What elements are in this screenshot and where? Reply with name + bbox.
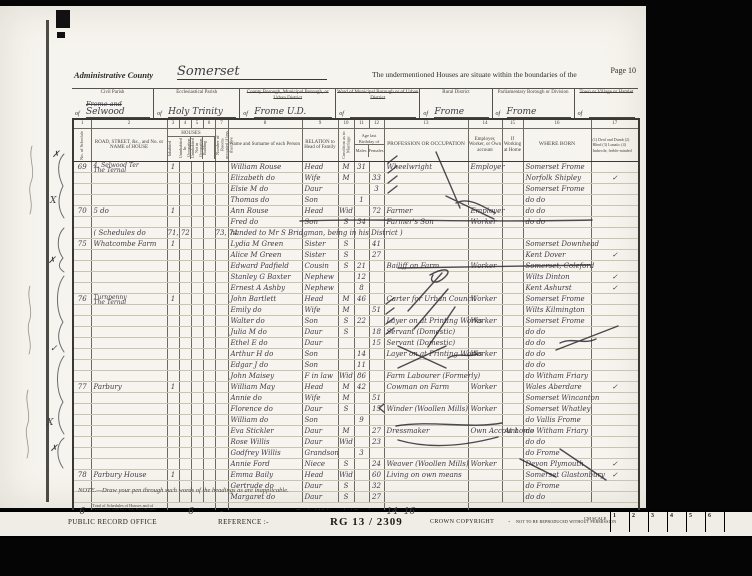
cell-value-am: 42 — [355, 382, 369, 392]
cell-bl — [203, 360, 215, 371]
of-label: of — [496, 111, 501, 117]
cell-a — [91, 338, 167, 349]
cell-u2 — [191, 349, 203, 360]
cell-u2 — [191, 239, 203, 250]
cell-value-a: Parbury House — [94, 470, 147, 480]
cell-am: 86 — [354, 371, 369, 382]
cell-inf — [591, 162, 639, 173]
cell-rel: Head — [302, 470, 338, 481]
cell-value-af: 27 — [370, 426, 384, 436]
cell-bl — [203, 437, 215, 448]
table-row: Edgar J doSon11do do — [73, 360, 639, 371]
cell-rel: Nephew — [302, 283, 338, 294]
cell-a — [91, 360, 167, 371]
town-village-label: Town or Village or Hamlet — [575, 89, 638, 96]
ruler-tick: 4 — [667, 512, 686, 532]
cell-value-occ: Bailiff on Farm — [387, 261, 440, 271]
cell-s — [73, 393, 91, 404]
cell-af: 3 — [369, 184, 384, 195]
cell-af — [369, 217, 384, 228]
cell-wh — [502, 173, 523, 184]
cell-value-h: 1 — [168, 382, 179, 392]
parish-boxes: Civil Parish of Frome andSelwood Ecclesi… — [72, 88, 638, 119]
cell-wh — [502, 470, 523, 481]
cell-b: do do — [523, 327, 591, 338]
cell-af — [369, 283, 384, 294]
cell-h — [167, 250, 179, 261]
cell-value-occ: Winder (Woollen Mills) — [387, 404, 468, 414]
cell-value-n: Elsie M do — [231, 184, 269, 194]
cell-inf — [591, 492, 639, 503]
cell-am: 12 — [354, 272, 369, 283]
cell-bl — [203, 283, 215, 294]
cell-value-h: 71, 72 — [168, 228, 179, 238]
cell-b: do Frome — [523, 448, 591, 459]
cell-rel: Daur — [302, 426, 338, 437]
cell-inf — [591, 360, 639, 371]
cell-b: Somerset Frome — [523, 162, 591, 173]
cell-r: 73, 74 — [215, 228, 228, 239]
cell-emp: Own Account — [468, 426, 502, 437]
cell-wh — [502, 393, 523, 404]
cell-u2 — [191, 206, 203, 217]
cell-af — [369, 261, 384, 272]
cell-a — [91, 404, 167, 415]
cell-value-inf: ✓ — [592, 470, 639, 480]
of-label: of — [157, 111, 162, 117]
cell-af: 51 — [369, 305, 384, 316]
cell-value-c: Wid — [339, 371, 354, 381]
cell-emp — [468, 195, 502, 206]
cell-wh — [502, 250, 523, 261]
cell-occ: Winder (Woollen Mills) — [384, 404, 468, 415]
cell-value-emp: Employer — [471, 206, 505, 216]
cell-n: Godfrey Willis — [228, 448, 302, 459]
cell-value-c: M — [339, 305, 354, 315]
cell-b: Somerset Frome — [523, 316, 591, 327]
cell-bl — [203, 206, 215, 217]
cell-emp — [468, 228, 502, 239]
cell-af: 60 — [369, 470, 384, 481]
cell-c — [338, 349, 354, 360]
cell-value-af: 51 — [370, 305, 384, 315]
cell-u2 — [191, 415, 203, 426]
cell-value-b: Kent Dover — [526, 250, 566, 260]
cell-value-rel: Daur — [305, 338, 323, 348]
cell-b: Somerset Frome — [523, 184, 591, 195]
cell-n: Stanley G Baxter — [228, 272, 302, 283]
cell-s — [73, 415, 91, 426]
cell-rel: Sister — [302, 250, 338, 261]
cell-b: Wilts Kilmington — [523, 305, 591, 316]
cell-value-n: John Maisey — [231, 371, 275, 381]
cell-value-rel: Daur — [305, 184, 323, 194]
cell-rel: Sister — [302, 239, 338, 250]
cell-occ: Layer on at Printing Works — [384, 316, 468, 327]
cell-value-am: 86 — [355, 371, 369, 381]
cell-value-rel: Wife — [305, 173, 321, 183]
cell-c: Wid — [338, 206, 354, 217]
cell-h: 1 — [167, 239, 179, 250]
cell-value-emp: Worker — [471, 382, 497, 392]
of-label: of — [339, 111, 344, 117]
cell-u1 — [179, 316, 191, 327]
col-employer-label: Employer, Worker, or Own account — [468, 129, 502, 162]
cell-rel: Son — [302, 195, 338, 206]
cell-h — [167, 393, 179, 404]
cell-value-emp: Worker — [471, 217, 497, 227]
cell-value-n: Emily do — [231, 305, 262, 315]
cell-emp — [468, 305, 502, 316]
cell-s — [73, 283, 91, 294]
margin-scribble — [30, 146, 33, 214]
cell-inf — [591, 437, 639, 448]
cell-emp — [468, 327, 502, 338]
cell-inf — [591, 371, 639, 382]
col-num: 15 — [502, 119, 523, 129]
col-working-home-label: If Working at Home — [502, 129, 523, 162]
cell-r — [215, 272, 228, 283]
cell-value-inf: ✓ — [592, 382, 639, 392]
cell-occ — [384, 173, 468, 184]
age-sub-labels: Males Females — [355, 144, 384, 157]
rural-district-box: Rural District of Frome — [419, 89, 491, 119]
cell-occ — [384, 305, 468, 316]
cell-value-b: Somerset Frome — [526, 294, 585, 304]
cell-u1 — [179, 261, 191, 272]
cell-value-s: 78 — [74, 470, 91, 480]
col-uninhabited-occ-label: Uninhabited In Occupation — [179, 137, 191, 159]
cell-s: 69 — [73, 162, 91, 173]
cell-n: Thomas do — [228, 195, 302, 206]
cell-value-n: William Rouse — [231, 162, 282, 172]
table-row: Ethel E doDaur15Servant (Domestic)do do — [73, 338, 639, 349]
ward-label: Ward of Municipal Borough or of Urban Di… — [336, 89, 419, 101]
cell-occ: Cowman on Farm — [384, 382, 468, 393]
col-num: 9 — [302, 119, 338, 129]
cell-b: do do — [523, 437, 591, 448]
cell-wh — [502, 228, 523, 239]
cell-inf — [591, 305, 639, 316]
cell-c: M — [338, 305, 354, 316]
col-males-label: Males — [355, 145, 368, 157]
cell-s — [73, 327, 91, 338]
cell-rel: Daur — [302, 327, 338, 338]
col-num: 14 — [468, 119, 502, 129]
margin-brace — [59, 154, 64, 218]
margin-brace — [58, 356, 65, 434]
cell-r — [215, 250, 228, 261]
cell-a: Parbury — [91, 382, 167, 393]
cell-rel: Cousin — [302, 261, 338, 272]
cell-emp — [468, 338, 502, 349]
cell-value-occ: Farm Labourer (Formerly) — [387, 371, 481, 381]
cell-bl — [203, 426, 215, 437]
cell-wh — [502, 261, 523, 272]
cell-b: Devon Plymouth — [523, 459, 591, 470]
cell-value-b: do Witham Friary — [526, 371, 589, 381]
margin-mark: X — [47, 418, 53, 428]
cell-value-am: 34 — [355, 217, 369, 227]
cell-a — [91, 437, 167, 448]
cell-value-am: 46 — [355, 294, 369, 304]
cell-bl — [203, 459, 215, 470]
cell-a — [91, 217, 167, 228]
cell-b: Wales Aberdare — [523, 382, 591, 393]
cell-h: 1 — [167, 294, 179, 305]
document-scan: Administrative County Somerset The under… — [0, 6, 646, 508]
cell-am — [354, 239, 369, 250]
cell-b: Kent Dover — [523, 250, 591, 261]
cell-am — [354, 305, 369, 316]
cell-n: Rose Willis — [228, 437, 302, 448]
cell-occ: Farmer — [384, 206, 468, 217]
cell-value-inf: ✓ — [592, 272, 639, 282]
col-where-born-label: WHERE BORN — [523, 129, 591, 162]
col-num: 12 — [369, 119, 384, 129]
cell-value-c: Wid — [339, 437, 354, 447]
cell-u1 — [179, 195, 191, 206]
cell-c: Wid — [338, 371, 354, 382]
cell-h: 1 — [167, 206, 179, 217]
cell-h — [167, 448, 179, 459]
cell-u1 — [179, 393, 191, 404]
cell-am: 1 — [354, 195, 369, 206]
cell-value-a: Whatcombe Farm — [94, 239, 157, 249]
cell-af — [369, 294, 384, 305]
cell-b: Somerset Frome — [523, 294, 591, 305]
cell-h — [167, 426, 179, 437]
cell-value-b: do Witham Friary — [526, 426, 589, 436]
cell-value-n: Rose Willis — [231, 437, 270, 447]
totals-houses: 6 — [168, 503, 215, 521]
col-females-label: Females — [368, 145, 384, 157]
cell-inf: ✓ — [591, 173, 639, 184]
cell-am — [354, 492, 369, 503]
cell-value-n: Gertrude do — [231, 481, 274, 491]
cell-value-b: Wilts Kilmington — [526, 305, 585, 315]
cell-b: Kent Ashurst — [523, 283, 591, 294]
cell-value-rel: Son — [305, 360, 319, 370]
cell-value-b: Somerset Whatley — [526, 404, 591, 414]
cell-value-rel: Son — [305, 349, 319, 359]
cell-n: Florence do — [228, 404, 302, 415]
cell-occ — [384, 195, 468, 206]
cell-wh — [502, 239, 523, 250]
cell-u2 — [191, 316, 203, 327]
cell-b: Somerset Downhead — [523, 239, 591, 250]
cell-inf — [591, 349, 639, 360]
cell-inf — [591, 228, 639, 239]
cell-s — [73, 316, 91, 327]
cell-am — [354, 393, 369, 404]
cell-emp — [468, 448, 502, 459]
cell-n: Lydia M Green — [228, 239, 302, 250]
cell-rel: Grandson — [302, 448, 338, 459]
rural-district-value: Frome — [434, 107, 488, 118]
cell-bl — [203, 261, 215, 272]
cell-wh — [502, 217, 523, 228]
cell-u2 — [191, 338, 203, 349]
cell-value-af: 72 — [370, 206, 384, 216]
cell-s — [73, 338, 91, 349]
cell-wh — [502, 206, 523, 217]
rural-district-label: Rural District — [420, 89, 491, 96]
cell-value-rel: Sister — [305, 239, 326, 249]
cell-wh — [502, 360, 523, 371]
cell-c — [338, 272, 354, 283]
cell-r — [215, 283, 228, 294]
cell-a — [91, 195, 167, 206]
cell-u2 — [191, 294, 203, 305]
cell-occ: Living on own means — [384, 470, 468, 481]
cell-value-rel: Son — [305, 217, 319, 227]
cell-b: Somerset, Coleford — [523, 261, 591, 272]
cell-wh — [502, 283, 523, 294]
cell-wh: At home — [502, 426, 523, 437]
cell-rel: Son — [302, 415, 338, 426]
cell-value-am: 12 — [355, 272, 369, 282]
margin-brace — [58, 276, 65, 352]
cell-value-n: Fred do — [231, 217, 259, 227]
cell-c: S — [338, 316, 354, 327]
cell-a — [91, 393, 167, 404]
cell-occ — [384, 393, 468, 404]
cell-h: 1 — [167, 470, 179, 481]
col-num: 6 — [203, 119, 215, 129]
cell-inf — [591, 327, 639, 338]
cell-value-occ: Layer on at Printing Works — [387, 316, 483, 326]
cell-am: 22 — [354, 316, 369, 327]
cell-wh — [502, 437, 523, 448]
county-borough-label: County Borough, Municipal Borough, or Ur… — [240, 89, 335, 101]
cell-inf — [591, 316, 639, 327]
cell-u1 — [179, 294, 191, 305]
table-row: Eva SticklerDaurM27DressmakerOwn Account… — [73, 426, 639, 437]
cell-h — [167, 360, 179, 371]
cell-bl — [203, 393, 215, 404]
cell-am: 46 — [354, 294, 369, 305]
cell-u1 — [179, 239, 191, 250]
cell-rel: Son — [302, 316, 338, 327]
cell-s — [73, 250, 91, 261]
margin-mark: X — [50, 196, 56, 206]
cell-value-inf: ✓ — [592, 283, 639, 293]
cell-bl — [203, 316, 215, 327]
cell-r — [215, 338, 228, 349]
cell-occ: Farmer's Son — [384, 217, 468, 228]
cell-value-inf: ✓ — [592, 173, 639, 183]
page-number: Page 10 — [610, 66, 636, 75]
cell-occ — [384, 250, 468, 261]
cell-s — [73, 349, 91, 360]
cell-wh — [502, 327, 523, 338]
form-header: Administrative County Somerset The under… — [72, 64, 638, 86]
cell-value-c: M — [339, 162, 354, 172]
cell-value-am: 21 — [355, 261, 369, 271]
cell-emp: Worker — [468, 404, 502, 415]
cell-r — [215, 162, 228, 173]
cell-n: Annie do — [228, 393, 302, 404]
cell-s — [73, 195, 91, 206]
cell-value-rel: Daur — [305, 481, 323, 491]
cell-bl — [203, 382, 215, 393]
cell-rel: Head — [302, 162, 338, 173]
cell-value-b: Wilts Dinton — [526, 272, 570, 282]
table-row: John MaiseyF in lawWid86Farm Labourer (F… — [73, 371, 639, 382]
houses-sub-labels: Inhabited Uninhabited In Occupation Unin… — [168, 136, 215, 159]
cell-wh — [502, 305, 523, 316]
cm-scale-label: CM SCALE — [584, 516, 606, 521]
margin-mark: ✓ — [50, 344, 58, 354]
cell-am — [354, 481, 369, 492]
cell-r — [215, 327, 228, 338]
cell-af: 15 — [369, 404, 384, 415]
cell-value-b: Somerset Frome — [526, 316, 585, 326]
cell-value-n: Edward Padfield — [231, 261, 289, 271]
cell-u1 — [179, 272, 191, 283]
cell-emp — [468, 470, 502, 481]
ruler-tick: 3 — [648, 512, 667, 532]
cell-inf — [591, 184, 639, 195]
cell-u1 — [179, 217, 191, 228]
cell-value-a: 5 do — [94, 206, 109, 216]
ward-box: Ward of Municipal Borough or of Urban Di… — [335, 89, 419, 119]
cell-bl — [203, 217, 215, 228]
cell-value-n: William do — [231, 415, 269, 425]
cell-value-c: M — [339, 393, 354, 403]
cell-value-am: 1 — [355, 195, 369, 205]
cell-a — [91, 261, 167, 272]
cell-r — [215, 305, 228, 316]
cell-s: 77 — [73, 382, 91, 393]
cell-s — [73, 437, 91, 448]
column-numbers-row: 1 2 3 4 5 6 7 8 9 10 11 12 13 14 15 16 1… — [73, 119, 639, 129]
cell-value-rel: Grandson — [305, 448, 339, 458]
archive-footer-strip: PUBLIC RECORD OFFICE REFERENCE :- RG 13 … — [0, 510, 752, 538]
cell-r — [215, 382, 228, 393]
cell-rel: Wife — [302, 393, 338, 404]
cell-u1 — [179, 360, 191, 371]
cell-value-rel: F in law — [305, 371, 333, 381]
ecclesiastical-parish-value: Holy Trinity — [168, 107, 236, 118]
cell-h — [167, 327, 179, 338]
cell-b: do Vallis Frome — [523, 415, 591, 426]
cell-h — [167, 338, 179, 349]
cell-inf — [591, 195, 639, 206]
cell-emp — [468, 184, 502, 195]
cell-value-occ: Dressmaker — [387, 426, 430, 436]
cell-inf — [591, 426, 639, 437]
cell-occ: Carter for Urban Council — [384, 294, 468, 305]
cell-c: S — [338, 459, 354, 470]
cell-r — [215, 316, 228, 327]
cell-h — [167, 217, 179, 228]
table-row: Arthur H doSon14Layer on at Printing Wor… — [73, 349, 639, 360]
cell-h — [167, 195, 179, 206]
col-num: 13 — [384, 119, 468, 129]
cell-rel: Head — [302, 294, 338, 305]
cell-am — [354, 250, 369, 261]
cell-value-b: do do — [526, 349, 546, 359]
cell-value-b: Somerset Frome — [526, 184, 585, 194]
ruler-end — [724, 512, 752, 532]
table-row: Fred doSonS34Farmer's SonWorkerdo do — [73, 217, 639, 228]
cell-n: Ernest A Ashby — [228, 283, 302, 294]
cell-value-n: William May — [231, 382, 275, 392]
cell-af — [369, 316, 384, 327]
cell-value-n: Margaret do — [231, 492, 276, 502]
